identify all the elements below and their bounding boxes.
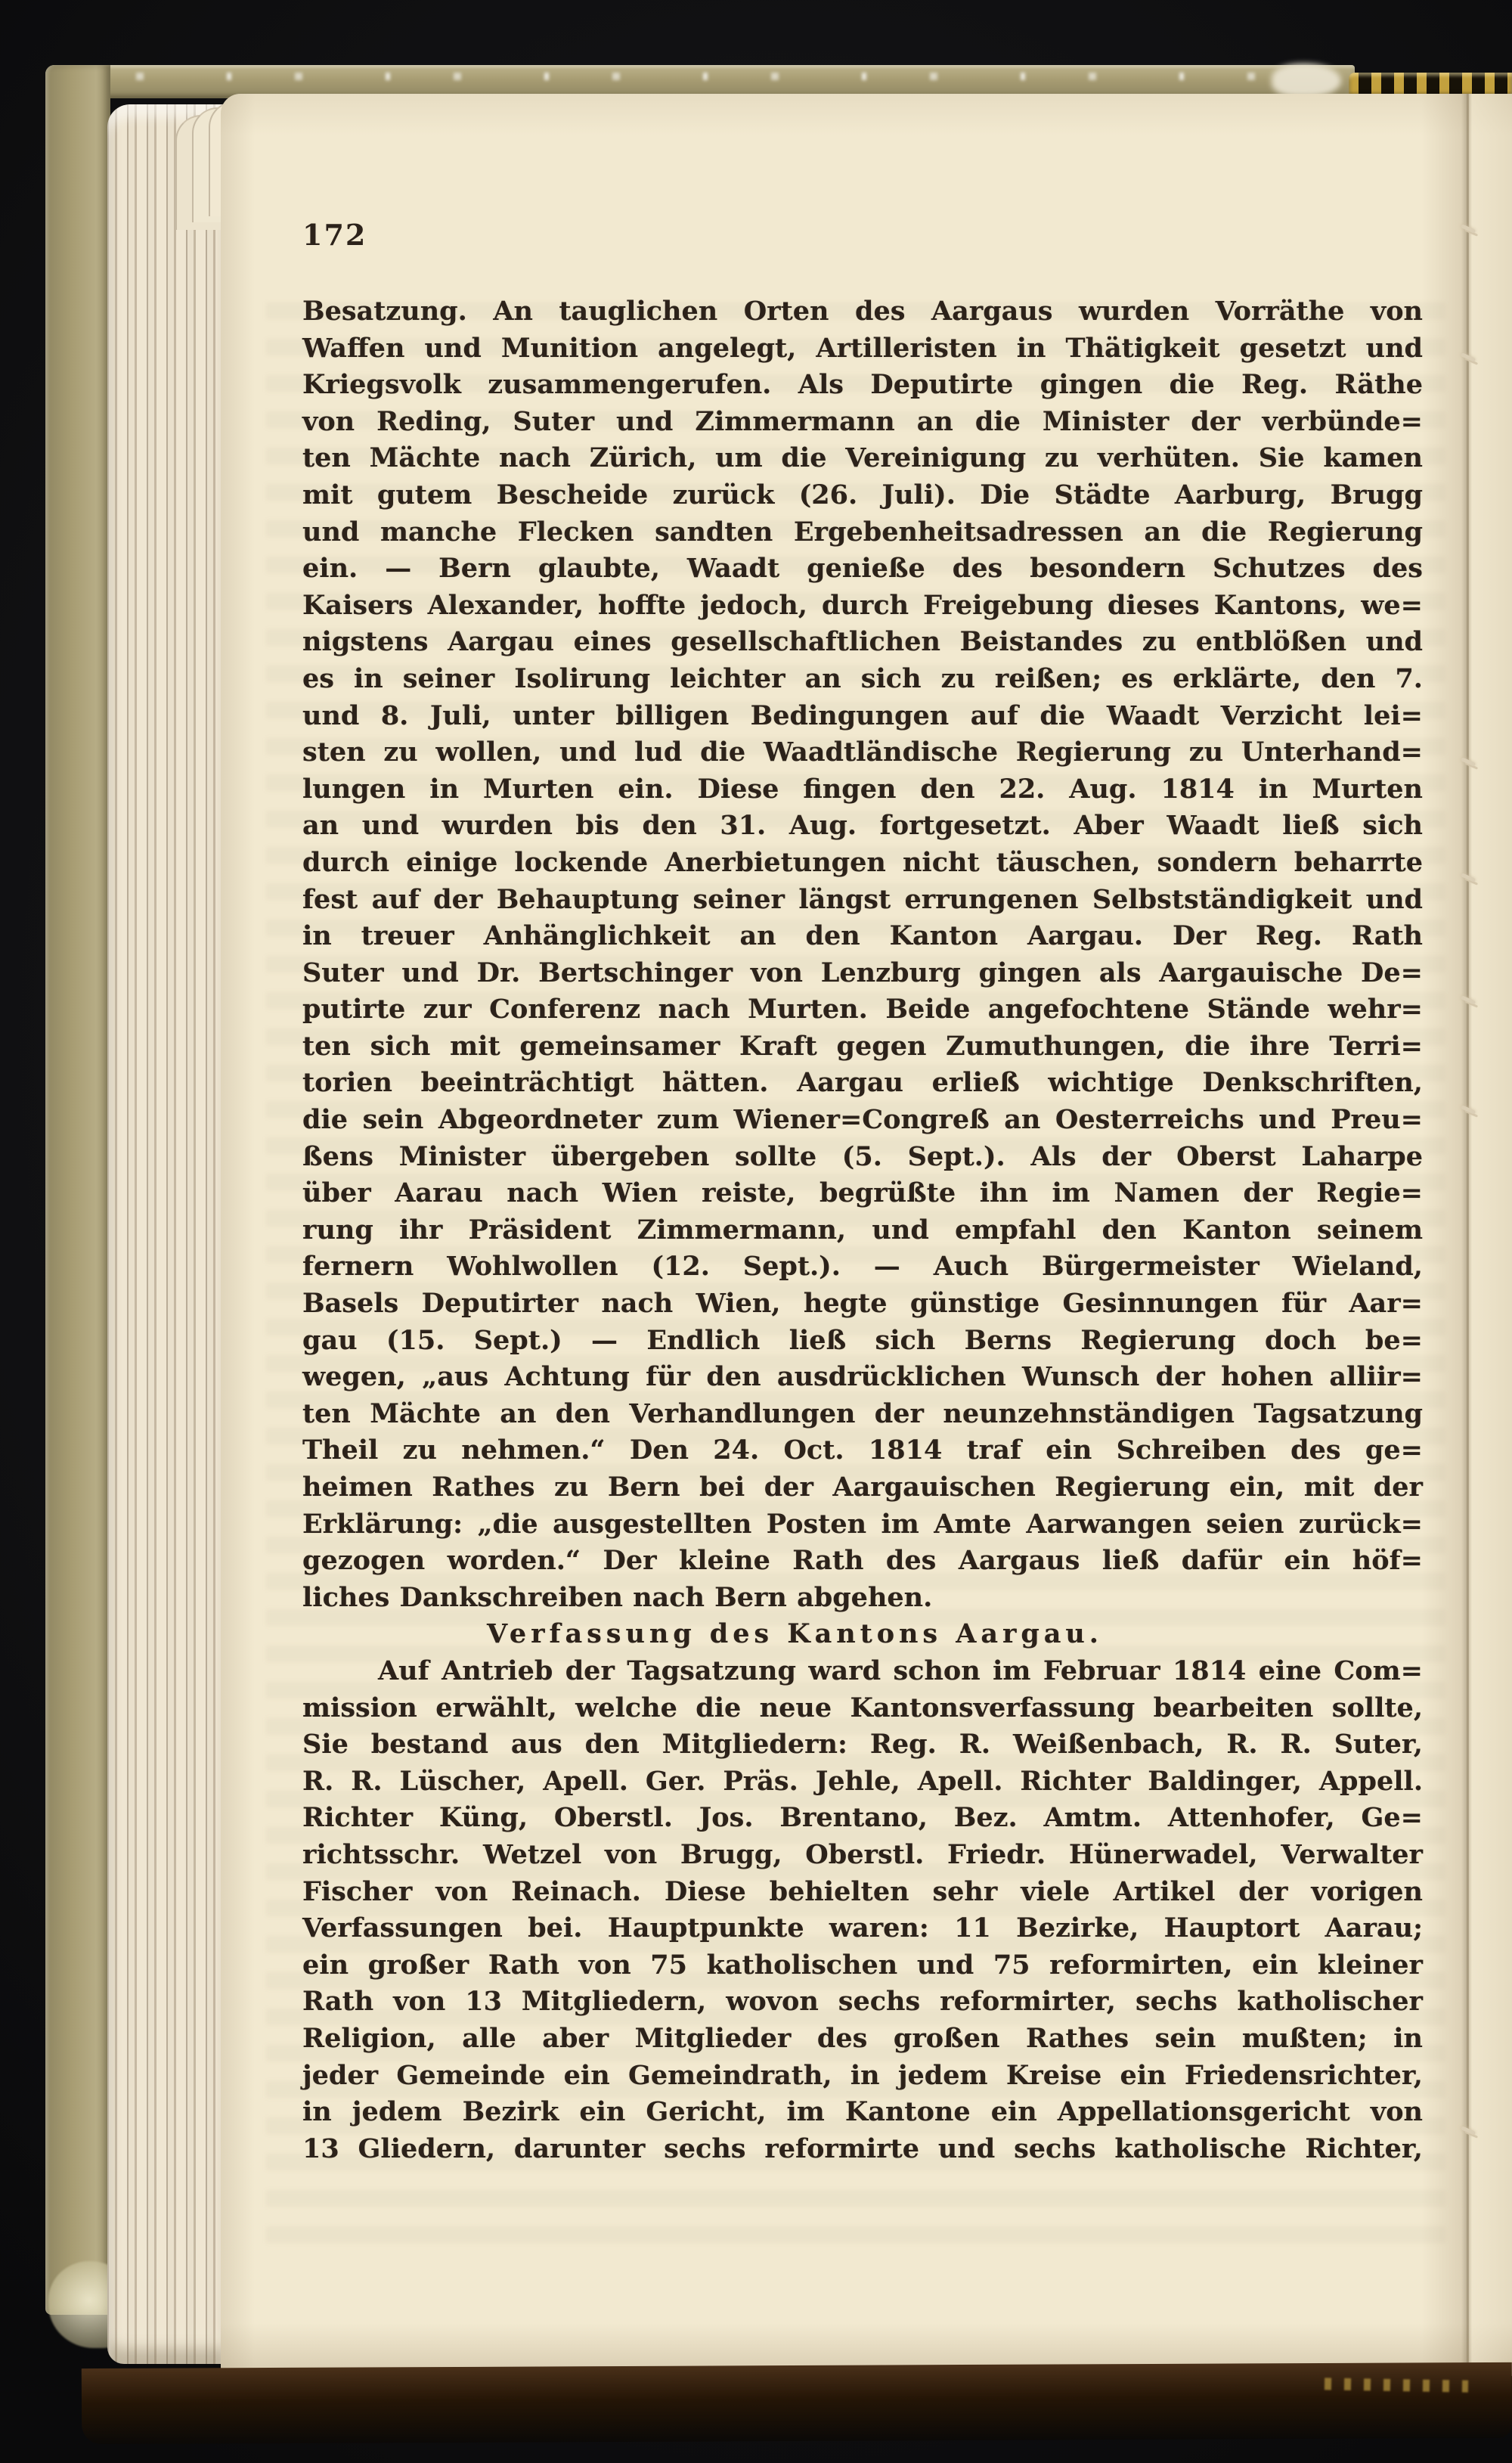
text-line: liches Dankschreiben nach Bern abgehen. <box>302 1580 1423 1617</box>
text-line: durch einige lockende Anerbietungen nich… <box>302 845 1423 882</box>
binding-stitch <box>1461 224 1476 234</box>
text-line: Verfassungen bei. Hauptpunkte waren: 11 … <box>302 1910 1423 1947</box>
text-block: Besatzung. An tauglichen Orten des Aarga… <box>302 293 1423 2167</box>
text-line: in jedem Bezirk ein Gericht, im Kantone … <box>302 2094 1423 2131</box>
text-line: wegen, „aus Achtung für den ausdrücklich… <box>302 1359 1423 1396</box>
paragraph-2: Auf Antrieb der Tagsatzung ward schon im… <box>302 1653 1423 2167</box>
text-line: Sie bestand aus den Mitgliedern: Reg. R.… <box>302 1726 1423 1763</box>
text-line: Auf Antrieb der Tagsatzung ward schon im… <box>302 1653 1423 1690</box>
text-line: Religion, alle aber Mitglieder des große… <box>302 2021 1423 2058</box>
text-line: ten Mächte an den Verhandlungen der neun… <box>302 1396 1423 1433</box>
text-line: über Aarau nach Wien reiste, begrüßte ih… <box>302 1175 1423 1212</box>
text-line: Basels Deputirter nach Wien, hegte günst… <box>302 1286 1423 1323</box>
text-line: ßens Minister übergeben sollte (5. Sept.… <box>302 1139 1423 1176</box>
text-line: ein großer Rath von 75 katholischen und … <box>302 1947 1423 1984</box>
text-line: torien beeinträchtigt hätten. Aargau erl… <box>302 1065 1423 1102</box>
text-line: ein. — Bern glaubte, Waadt genieße des b… <box>302 551 1423 588</box>
text-line: Erklärung: „die ausgestellten Posten im … <box>302 1506 1423 1543</box>
text-line: fest auf der Behauptung seiner längst er… <box>302 882 1423 919</box>
text-line: rung ihr Präsident Zimmermann, und empfa… <box>302 1212 1423 1249</box>
binding-stitch <box>1461 757 1476 767</box>
page-bottom-shadow <box>82 2362 1512 2444</box>
paragraph-1: Besatzung. An tauglichen Orten des Aarga… <box>302 293 1423 1616</box>
text-line: 13 Gliedern, darunter sechs reformirte u… <box>302 2131 1423 2168</box>
text-line: an und wurden bis den 31. Aug. fortgeset… <box>302 808 1423 845</box>
text-line: und manche Flecken sandten Ergebenheitsa… <box>302 514 1423 551</box>
text-line: R. R. Lüscher, Apell. Ger. Präs. Jehle, … <box>302 1763 1423 1801</box>
section-heading: Verfassung des Kantons Aargau. <box>487 1616 1423 1653</box>
gutter-fold-shading <box>1421 94 1512 2376</box>
text-line: mission erwählt, welche die neue Kantons… <box>302 1690 1423 1727</box>
text-line: Waffen und Munition angelegt, Artilleris… <box>302 330 1423 368</box>
text-line: die sein Abgeordneter zum Wiener=Congreß… <box>302 1102 1423 1139</box>
gilt-edge-glint <box>1325 2378 1468 2392</box>
text-line: in treuer Anhänglichkeit an den Kanton A… <box>302 918 1423 955</box>
text-line: Suter und Dr. Bertschinger von Lenzburg … <box>302 955 1423 992</box>
text-line: sten zu wollen, und lud die Waadtländisc… <box>302 734 1423 771</box>
text-line: mit gutem Bescheide zurück (26. Juli). D… <box>302 477 1423 514</box>
text-line: putirte zur Conferenz nach Murten. Beide… <box>302 991 1423 1028</box>
text-line: jeder Gemeinde ein Gemeindrath, in jedem… <box>302 2058 1423 2095</box>
text-line: Rath von 13 Mitgliedern, wovon sechs ref… <box>302 1984 1423 2021</box>
text-line: lungen in Murten ein. Diese fingen den 2… <box>302 771 1423 808</box>
text-line: heimen Rathes zu Bern bei der Aargauisch… <box>302 1469 1423 1506</box>
text-line: Fischer von Reinach. Diese behielten seh… <box>302 1874 1423 1911</box>
binding-stitch <box>1461 995 1476 1005</box>
binding-stitch <box>1461 2126 1476 2136</box>
text-line: Besatzung. An tauglichen Orten des Aarga… <box>302 293 1423 330</box>
text-line: richtsschr. Wetzel von Brugg, Oberstl. F… <box>302 1837 1423 1874</box>
text-line: von Reding, Suter und Zimmermann an die … <box>302 404 1423 441</box>
book-page: 172 Besatzung. An tauglichen Orten des A… <box>221 94 1512 2376</box>
text-line: fernern Wohlwollen (12. Sept.). — Auch B… <box>302 1249 1423 1286</box>
thread-fluff <box>1272 64 1341 97</box>
text-line: nigstens Aargau eines gesellschaftlichen… <box>302 624 1423 661</box>
text-line: gezogen worden.“ Der kleine Rath des Aar… <box>302 1543 1423 1580</box>
page-number: 172 <box>302 218 367 252</box>
binding-stitch <box>1461 1105 1476 1115</box>
text-line: ten Mächte nach Zürich, um die Vereinigu… <box>302 440 1423 477</box>
text-line: Theil zu nehmen.“ Den 24. Oct. 1814 traf… <box>302 1432 1423 1469</box>
gutter-fold-line <box>1467 94 1469 2376</box>
text-line: Kriegsvolk zusammengerufen. Als Deputirt… <box>302 367 1423 404</box>
binding-stitch <box>1461 873 1476 883</box>
page-fore-edges <box>107 104 227 2364</box>
text-line: gau (15. Sept.) — Endlich ließ sich Bern… <box>302 1323 1423 1360</box>
binding-stitch <box>1461 352 1476 362</box>
text-line: es in seiner Isolirung leichter an sich … <box>302 661 1423 698</box>
text-line: ten sich mit gemeinsamer Kraft gegen Zum… <box>302 1028 1423 1066</box>
text-line: und 8. Juli, unter billigen Bedingungen … <box>302 698 1423 735</box>
text-line: Richter Küng, Oberstl. Jos. Brentano, Be… <box>302 1800 1423 1837</box>
book-cover-left-edge <box>45 65 110 2315</box>
text-line: Kaisers Alexander, hoffte jedoch, durch … <box>302 588 1423 625</box>
book-photograph: 172 Besatzung. An tauglichen Orten des A… <box>0 0 1512 2463</box>
